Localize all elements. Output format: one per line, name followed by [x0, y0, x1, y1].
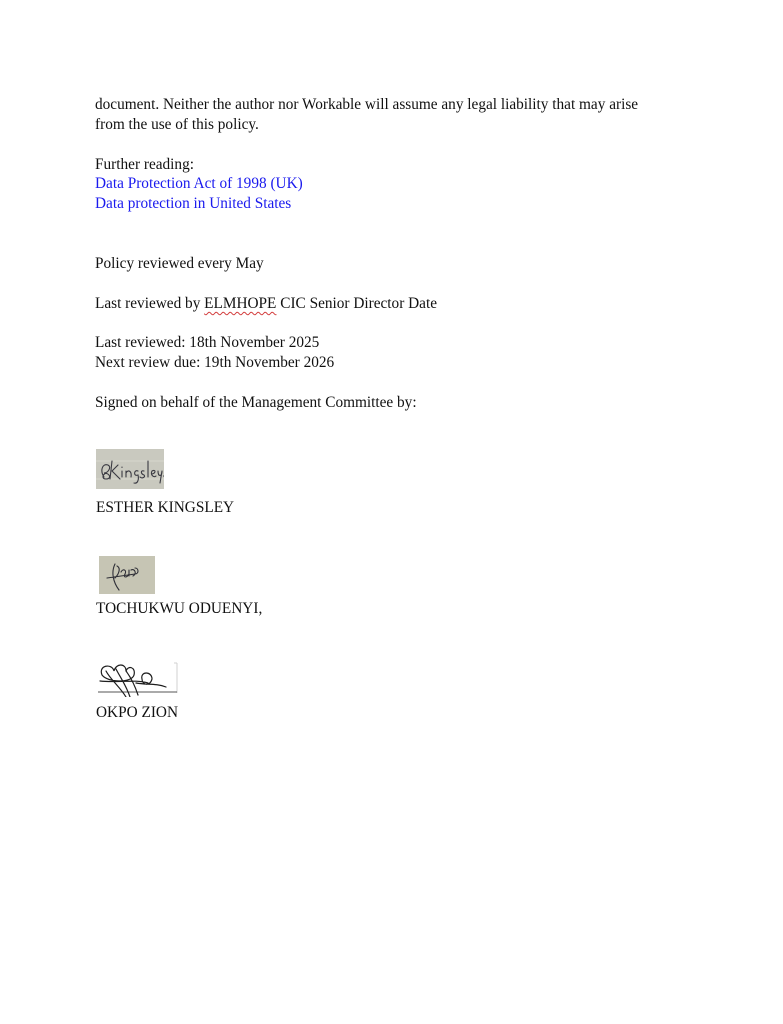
signatory-name-1: ESTHER KINGSLEY — [96, 498, 234, 518]
paragraph-line-2: from the use of this policy. — [95, 115, 259, 135]
link-data-protection-act-uk[interactable]: Data Protection Act of 1998 (UK) — [95, 174, 303, 194]
signed-statement: Signed on behalf of the Management Commi… — [95, 393, 417, 413]
paragraph-line-1: document. Neither the author nor Workabl… — [95, 95, 638, 115]
handwritten-signature-oduenyi-icon — [99, 556, 155, 594]
signatory-name-2: TOCHUKWU ODUENYI, — [96, 599, 262, 619]
signatory-name-3: OKPO ZION — [96, 703, 178, 723]
document-page: document. Neither the author nor Workabl… — [0, 0, 783, 1024]
next-review-date: Next review due: 19th November 2026 — [95, 353, 334, 373]
handwritten-signature-kingsley-icon — [96, 449, 164, 489]
link-data-protection-us[interactable]: Data protection in United States — [95, 194, 291, 214]
review-frequency: Policy reviewed every May — [95, 254, 264, 274]
handwritten-signature-zion-icon — [96, 661, 178, 697]
further-reading-heading: Further reading: — [95, 155, 194, 175]
reviewed-by-org: ELMHOPE — [204, 295, 276, 312]
reviewed-by-suffix: CIC Senior Director Date — [276, 295, 437, 312]
reviewed-by-line: Last reviewed by ELMHOPE CIC Senior Dire… — [95, 294, 437, 314]
reviewed-by-prefix: Last reviewed by — [95, 295, 204, 312]
last-reviewed-date: Last reviewed: 18th November 2025 — [95, 333, 319, 353]
